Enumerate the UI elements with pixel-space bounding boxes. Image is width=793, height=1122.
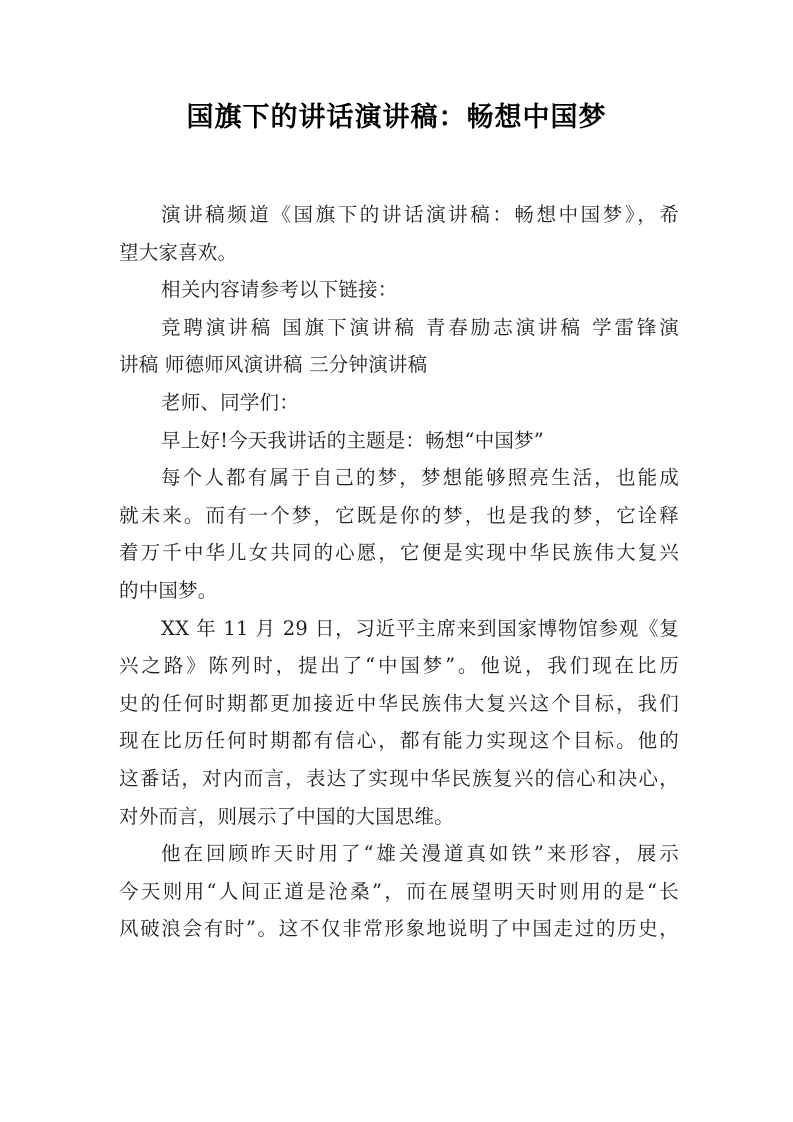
body-line: 现在比历任何时期都有信心，都有能力实现这个目标。他的 (119, 722, 679, 760)
document-title: 国旗下的讲话演讲稿：畅想中国梦 (0, 98, 793, 138)
related-links-line: 讲稿 师德师风演讲稿 三分钟演讲稿 (119, 346, 679, 384)
body-line: 就未来。而有一个梦，它既是你的梦，也是我的梦，它诠释 (119, 497, 679, 535)
body-line: 今天则用“人间正道是沧桑”，而在展望明天时则用的是“长 (119, 873, 679, 911)
body-line: 风破浪会有时”。这不仅非常形象地说明了中国走过的历史， (119, 910, 679, 948)
body-line: 每个人都有属于自己的梦，梦想能够照亮生活，也能成 (119, 459, 679, 497)
body-line: 着万千中华儿女共同的心愿，它便是实现中华民族伟大复兴 (119, 534, 679, 572)
body-line: 的中国梦。 (119, 572, 679, 610)
document-page: 国旗下的讲话演讲稿：畅想中国梦 演讲稿频道《国旗下的讲话演讲稿：畅想中国梦》，希… (0, 0, 793, 1122)
body-line: 望大家喜欢。 (119, 234, 679, 272)
related-links-line: 竞聘演讲稿 国旗下演讲稿 青春励志演讲稿 学雷锋演 (119, 309, 679, 347)
body-line: 他在回顾昨天时用了“雄关漫道真如铁”来形容，展示 (119, 835, 679, 873)
body-line: XX 年 11 月 29 日，习近平主席来到国家博物馆参观《复 (119, 610, 679, 648)
greeting-line: 早上好!今天我讲话的主题是：畅想“中国梦” (119, 422, 679, 460)
document-body: 演讲稿频道《国旗下的讲话演讲稿：畅想中国梦》，希 望大家喜欢。 相关内容请参考以… (119, 196, 679, 948)
body-line: 史的任何时期都更加接近中华民族伟大复兴这个目标，我们 (119, 685, 679, 723)
body-line: 相关内容请参考以下链接： (119, 271, 679, 309)
salutation-line: 老师、同学们： (119, 384, 679, 422)
body-line: 对外而言，则展示了中国的大国思维。 (119, 798, 679, 836)
body-line: 演讲稿频道《国旗下的讲话演讲稿：畅想中国梦》，希 (119, 196, 679, 234)
body-line: 兴之路》陈列时，提出了“中国梦”。他说，我们现在比历 (119, 647, 679, 685)
body-line: 这番话，对内而言，表达了实现中华民族复兴的信心和决心， (119, 760, 679, 798)
